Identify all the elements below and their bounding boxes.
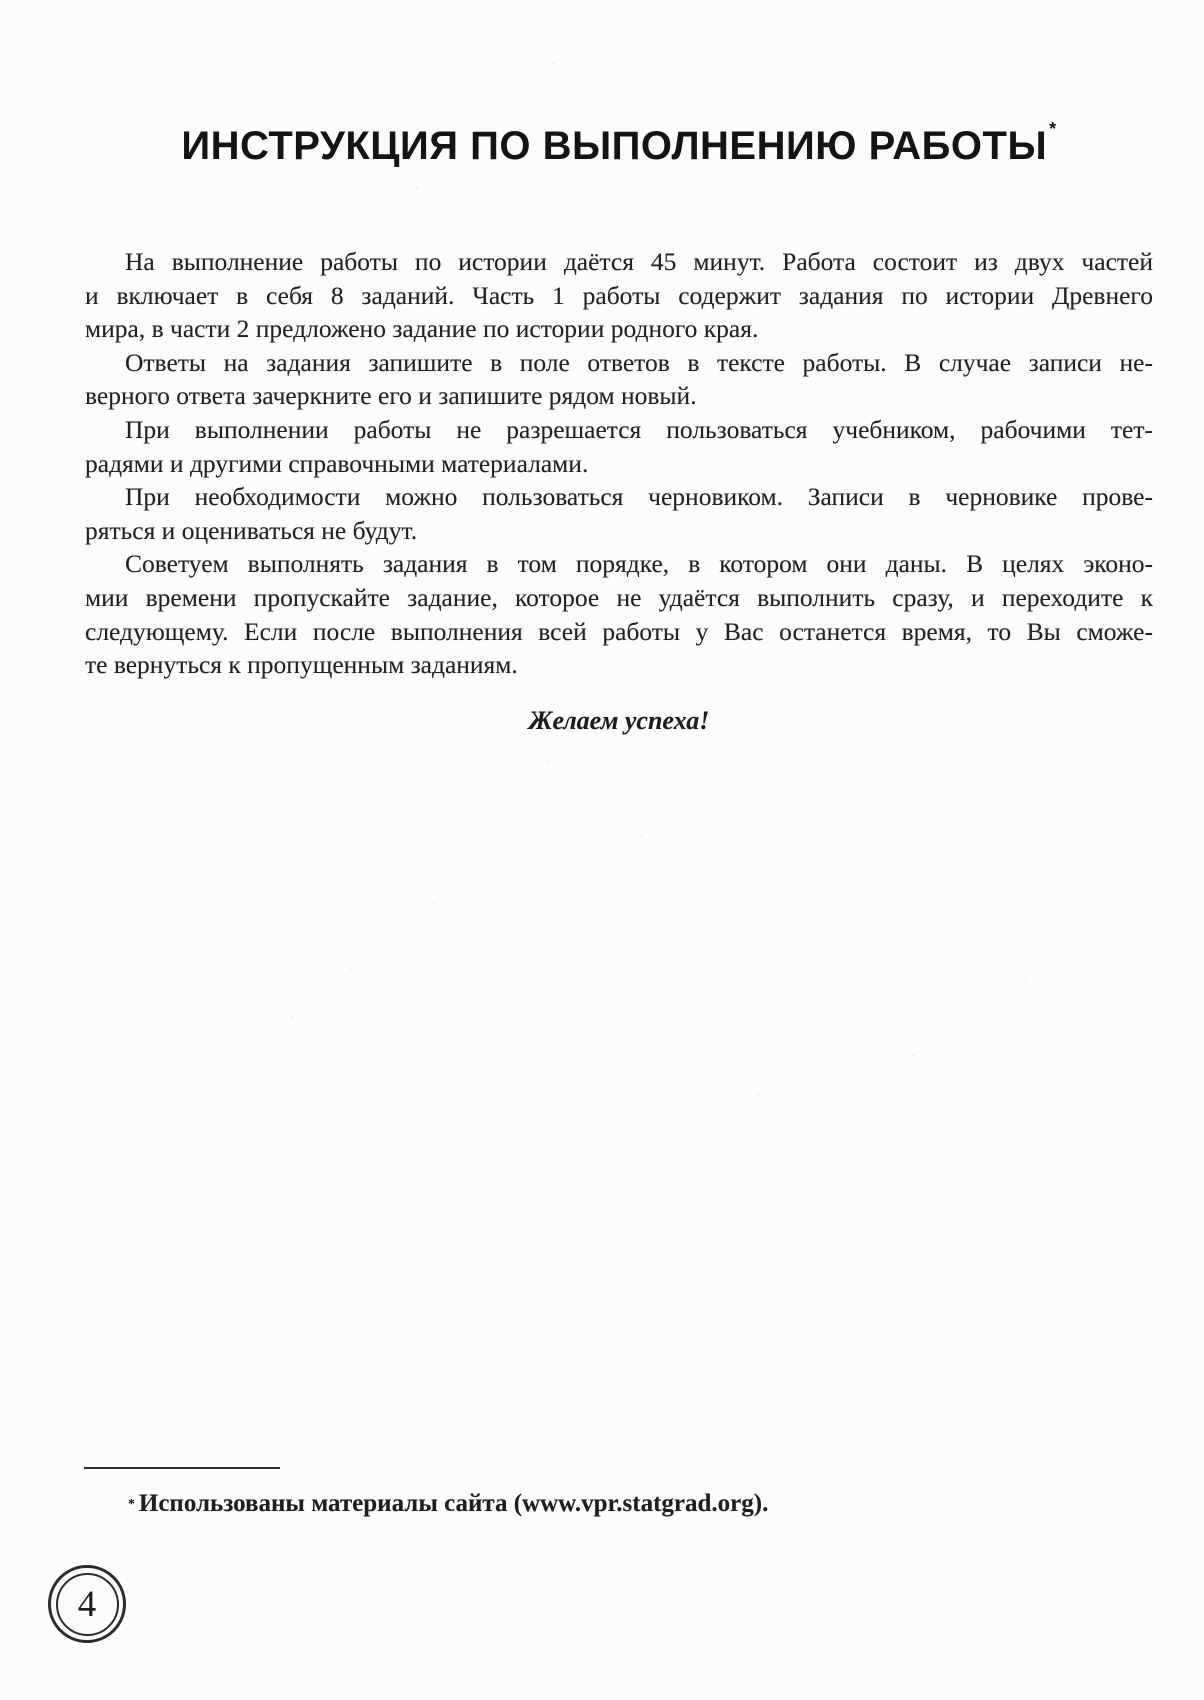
page-title-text: ИНСТРУКЦИЯ ПО ВЫПОЛНЕНИЮ РАБОТЫ <box>181 124 1047 168</box>
success-wish: Желаем успеха! <box>85 706 1153 736</box>
text-line: верного ответа зачеркните его и запишите… <box>85 379 1153 413</box>
footnote: *Использованы материалы сайта (www.vpr.s… <box>85 1487 1005 1523</box>
page-number-badge: 4 <box>48 1565 126 1643</box>
title-footnote-marker: * <box>1049 119 1057 139</box>
footnote-marker: * <box>128 1496 135 1511</box>
text-line: При выполнении работы не разрешается пол… <box>85 413 1153 447</box>
page-number-circle: 4 <box>56 1573 119 1636</box>
page-title: ИНСТРУКЦИЯ ПО ВЫПОЛНЕНИЮ РАБОТЫ* <box>85 124 1153 168</box>
scanned-document-page: ИНСТРУКЦИЯ ПО ВЫПОЛНЕНИЮ РАБОТЫ* На выпо… <box>0 0 1204 1700</box>
text-line: Советуем выполнять задания в том порядке… <box>85 547 1153 581</box>
text-line: При необходимости можно пользоваться чер… <box>85 480 1153 514</box>
text-line: мира, в части 2 предложено задание по ис… <box>85 312 1153 346</box>
text-line: На выполнение работы по истории даётся 4… <box>85 245 1153 279</box>
footnote-divider <box>84 1467 280 1469</box>
text-line: ряться и оцениваться не будут. <box>85 514 1153 548</box>
text-line: мии времени пропускайте задание, которое… <box>85 581 1153 615</box>
page-number: 4 <box>78 1583 97 1626</box>
scan-noise <box>0 0 3 3</box>
text-line: те вернуться к пропущенным заданиям. <box>85 648 1153 682</box>
text-line: радями и другими справочными материалами… <box>85 447 1153 481</box>
text-line: следующему. Если после выполнения всей р… <box>85 615 1153 649</box>
footnote-text: Использованы материалы сайта (www.vpr.st… <box>139 1490 768 1517</box>
text-line: Ответы на задания запишите в поле ответо… <box>85 346 1153 380</box>
text-line: и включает в себя 8 заданий. Часть 1 раб… <box>85 279 1153 313</box>
instruction-text: На выполнение работы по истории даётся 4… <box>85 245 1153 682</box>
